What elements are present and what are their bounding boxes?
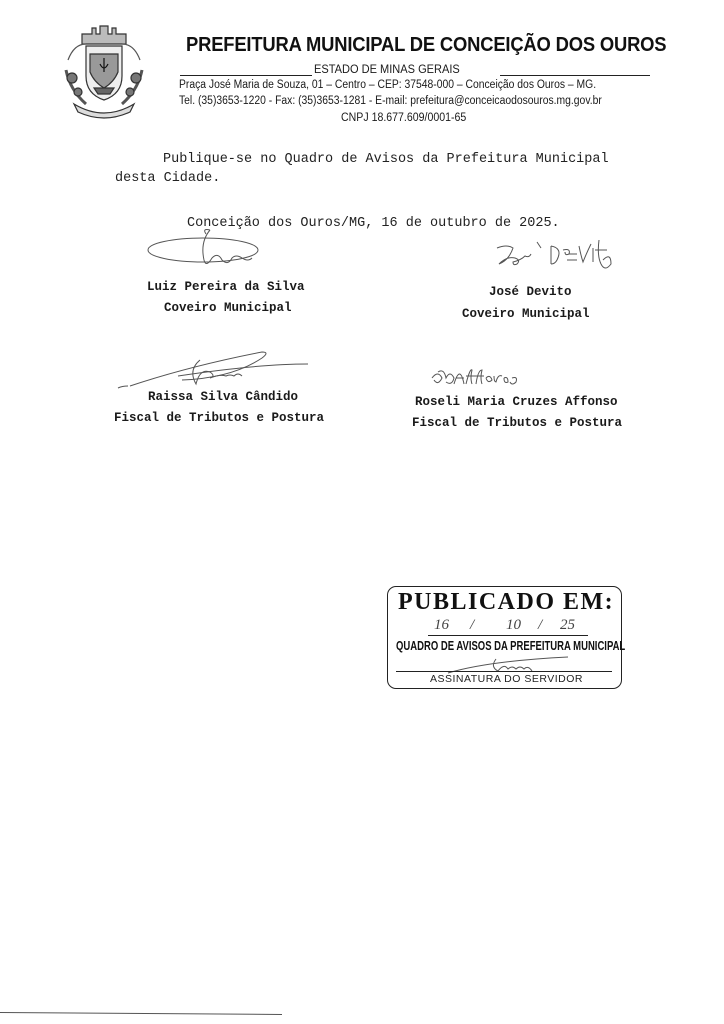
stamp-date-month: 10 xyxy=(506,617,521,634)
signatory-name: Roseli Maria Cruzes Affonso xyxy=(415,395,618,409)
body-paragraph-line2: desta Cidade. xyxy=(115,171,220,186)
signatory-role: Fiscal de Tributos e Postura xyxy=(114,411,324,425)
state-name: ESTADO DE MINAS GERAIS xyxy=(314,62,460,76)
address: Praça José Maria de Souza, 01 – Centro –… xyxy=(179,79,596,91)
signature-luiz-icon xyxy=(148,226,278,276)
stamp-signature-icon xyxy=(448,655,588,675)
stamp-date: 16 / 10 / 25 xyxy=(428,617,588,636)
organization-title: PREFEITURA MUNICIPAL DE CONCEIÇÃO DOS OU… xyxy=(186,34,666,57)
bottom-scan-line xyxy=(0,1012,282,1015)
header-rule-right xyxy=(500,75,650,76)
signatory-role: Coveiro Municipal xyxy=(462,307,590,321)
signatory-role: Coveiro Municipal xyxy=(164,301,292,315)
date-separator: / xyxy=(470,617,474,634)
signature-raissa-icon xyxy=(118,350,318,390)
signature-roseli-icon xyxy=(430,366,530,396)
signatory-name: José Devito xyxy=(489,285,572,299)
signatory-role: Fiscal de Tributos e Postura xyxy=(412,416,622,430)
signatory-name: Luiz Pereira da Silva xyxy=(147,280,305,294)
state-line: ESTADO DE MINAS GERAIS xyxy=(180,62,650,78)
stamp-board-label: QUADRO DE AVISOS DA PREFEITURA MUNICIPAL xyxy=(396,639,625,653)
publication-stamp: PUBLICADO EM: 16 / 10 / 25 QUADRO DE AVI… xyxy=(387,586,622,689)
stamp-signature-label: ASSINATURA DO SERVIDOR xyxy=(430,673,583,685)
cnpj: CNPJ 18.677.609/0001-65 xyxy=(341,112,466,124)
date-separator: / xyxy=(538,617,542,634)
contact-info: Tel. (35)3653-1220 - Fax: (35)3653-1281 … xyxy=(179,95,602,107)
signature-jose-icon xyxy=(495,240,635,280)
coat-of-arms-icon xyxy=(60,20,148,122)
stamp-title: PUBLICADO EM: xyxy=(398,589,614,616)
signatory-name: Raissa Silva Cândido xyxy=(148,390,298,404)
stamp-date-day: 16 xyxy=(434,617,449,634)
header-rule-left xyxy=(180,75,312,76)
body-paragraph-line1: Publique-se no Quadro de Avisos da Prefe… xyxy=(163,152,609,167)
stamp-date-year: 25 xyxy=(560,617,575,634)
stamp-signature-line xyxy=(396,671,612,672)
